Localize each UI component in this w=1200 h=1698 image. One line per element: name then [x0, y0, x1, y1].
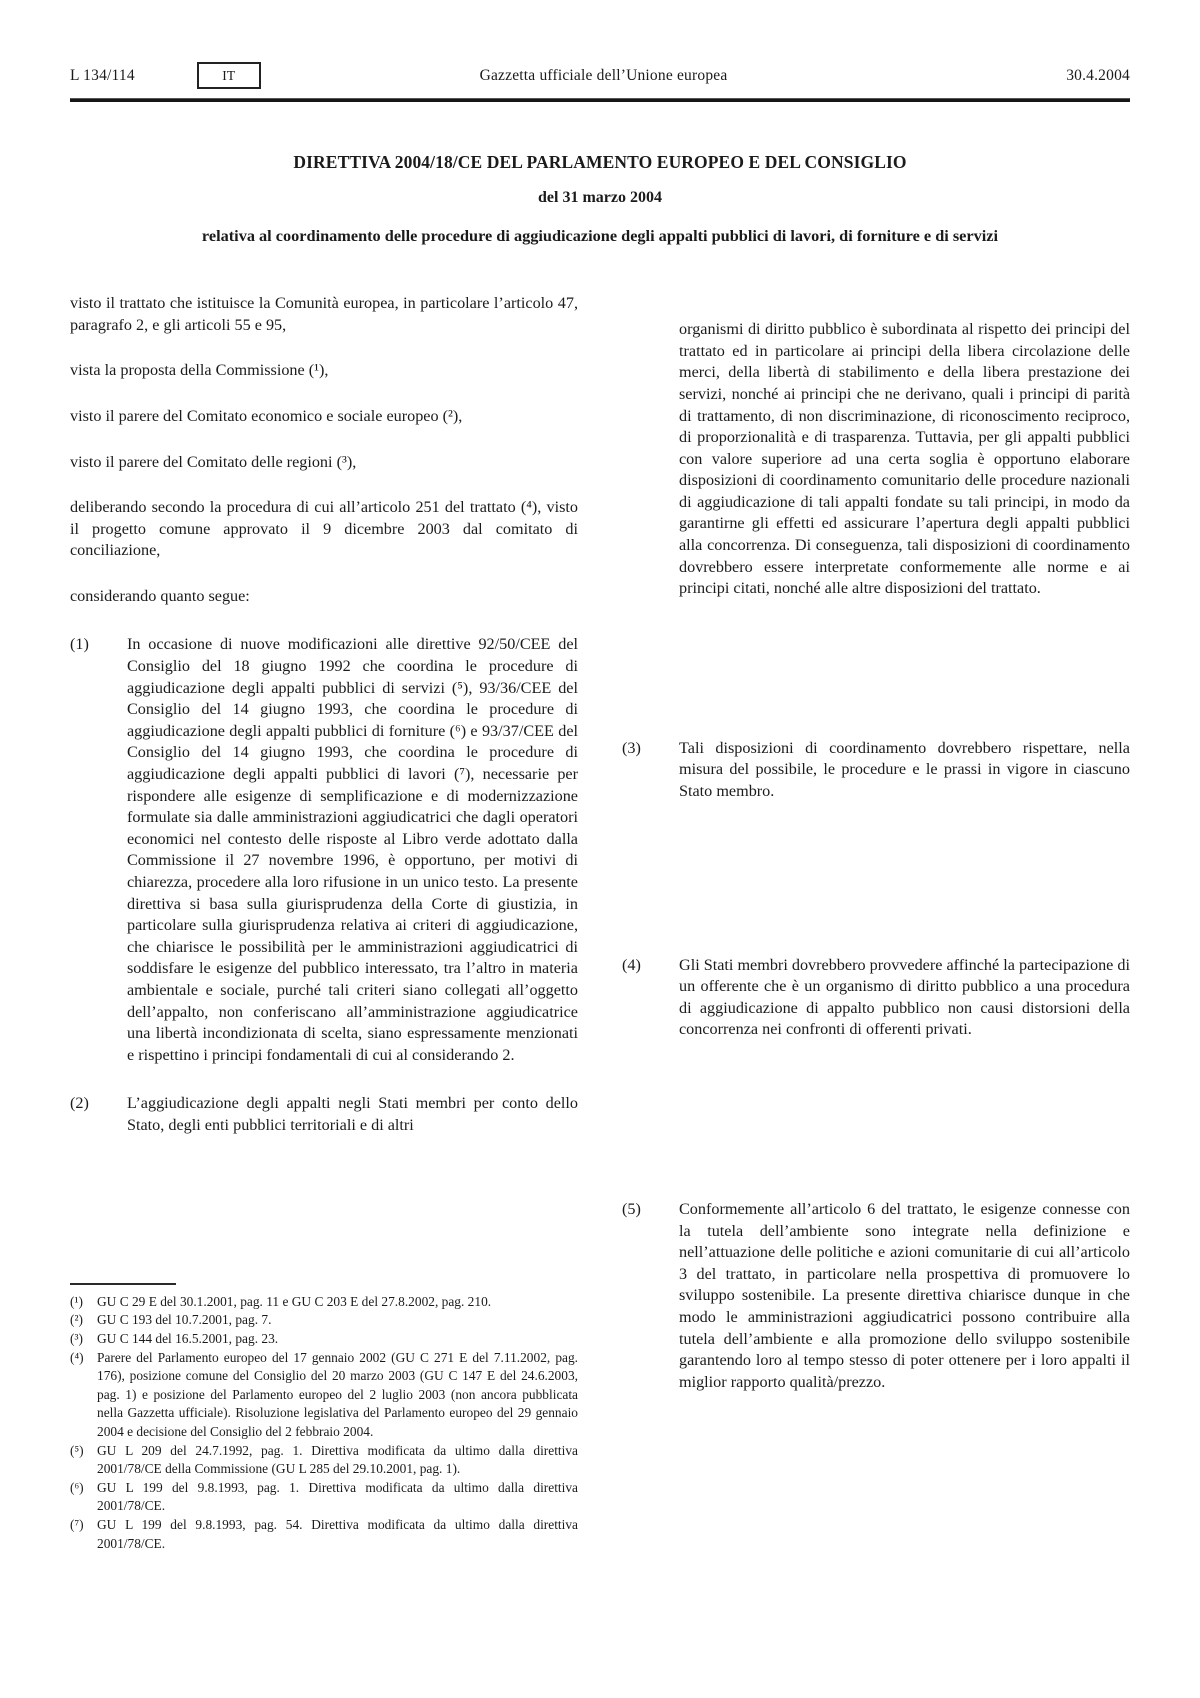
- footnote-text: Parere del Parlamento europeo del 17 gen…: [97, 1349, 578, 1442]
- preamble-paragraph: visto il parere del Comitato delle regio…: [70, 452, 578, 474]
- preamble-paragraph: visto il trattato che istituisce la Comu…: [70, 293, 578, 336]
- body-columns: visto il trattato che istituisce la Comu…: [70, 291, 1130, 1553]
- recital-number: (2): [70, 1093, 127, 1136]
- footnote-text: GU C 29 E del 30.1.2001, pag. 11 e GU C …: [97, 1293, 578, 1312]
- preamble-paragraph: considerando quanto segue:: [70, 586, 578, 608]
- footnote-marker: (⁴): [70, 1349, 97, 1442]
- journal-page: L 134/114 IT Gazzetta ufficiale dell’Uni…: [0, 0, 1200, 1698]
- footnote-marker: (⁶): [70, 1479, 97, 1516]
- footnote-text: GU C 144 del 16.5.2001, pag. 23.: [97, 1330, 578, 1349]
- footnote-text: GU L 209 del 24.7.1992, pag. 1. Direttiv…: [97, 1442, 578, 1479]
- preamble-paragraph: deliberando secondo la procedura di cui …: [70, 497, 578, 562]
- language-code: IT: [222, 68, 235, 84]
- page-header: L 134/114 IT Gazzetta ufficiale dell’Uni…: [70, 62, 1130, 89]
- footnote-item: (³) GU C 144 del 16.5.2001, pag. 23.: [70, 1330, 578, 1349]
- footnote-marker: (²): [70, 1311, 97, 1330]
- directive-subject: relativa al coordinamento delle procedur…: [148, 224, 1053, 247]
- recital-number: (5): [622, 1199, 679, 1393]
- recital-item-5: (5) Conformemente all’articolo 6 del tra…: [622, 1199, 1130, 1393]
- language-code-box: IT: [197, 62, 261, 89]
- footnote-item: (²) GU C 193 del 10.7.2001, pag. 7.: [70, 1311, 578, 1330]
- footnote-marker: (⁵): [70, 1442, 97, 1479]
- page-number: L 134/114: [70, 67, 135, 85]
- footnotes-block: (¹) GU C 29 E del 30.1.2001, pag. 11 e G…: [70, 1279, 578, 1553]
- footnote-item: (⁵) GU L 209 del 24.7.1992, pag. 1. Dire…: [70, 1442, 578, 1479]
- recital-number: (3): [622, 738, 679, 803]
- footnote-marker: (¹): [70, 1293, 97, 1312]
- recital-item-3: (3) Tali disposizioni di coordinamento d…: [622, 738, 1130, 803]
- footnote-text: GU L 199 del 9.8.1993, pag. 1. Direttiva…: [97, 1479, 578, 1516]
- footnote-marker: (⁷): [70, 1516, 97, 1553]
- journal-title: Gazzetta ufficiale dell’Unione europea: [261, 67, 1066, 85]
- footnote-item: (⁷) GU L 199 del 9.8.1993, pag. 54. Dire…: [70, 1516, 578, 1553]
- recital-text: In occasione di nuove modificazioni alle…: [127, 634, 578, 1066]
- recital-text: Conformemente all’articolo 6 del trattat…: [679, 1199, 1130, 1393]
- title-block: DIRETTIVA 2004/18/CE DEL PARLAMENTO EURO…: [70, 152, 1130, 247]
- preamble-paragraph: visto il parere del Comitato economico e…: [70, 406, 578, 428]
- recital-number: (4): [622, 955, 679, 1041]
- left-column: visto il trattato che istituisce la Comu…: [70, 291, 578, 1553]
- right-column: organismi di diritto pubblico è subordin…: [622, 291, 1130, 1553]
- footnote-item: (⁶) GU L 199 del 9.8.1993, pag. 1. Diret…: [70, 1479, 578, 1516]
- footnote-item: (⁴) Parere del Parlamento europeo del 17…: [70, 1349, 578, 1442]
- recital-text: Gli Stati membri dovrebbero provvedere a…: [679, 955, 1130, 1041]
- header-left-group: L 134/114 IT: [70, 62, 261, 89]
- recital-text: Tali disposizioni di coordinamento dovre…: [679, 738, 1130, 803]
- footnote-item: (¹) GU C 29 E del 30.1.2001, pag. 11 e G…: [70, 1293, 578, 1312]
- issue-date: 30.4.2004: [1066, 67, 1130, 85]
- footnote-text: GU L 199 del 9.8.1993, pag. 54. Direttiv…: [97, 1516, 578, 1553]
- recital-item-4: (4) Gli Stati membri dovrebbero provvede…: [622, 955, 1130, 1041]
- recital-number: (1): [70, 634, 127, 1066]
- footnote-marker: (³): [70, 1330, 97, 1349]
- recital-2-continuation: organismi di diritto pubblico è subordin…: [622, 319, 1130, 600]
- header-rule: [70, 98, 1130, 102]
- footnote-rule: [70, 1283, 176, 1285]
- recital-text: L’aggiudicazione degli appalti negli Sta…: [127, 1093, 578, 1136]
- footnote-text: GU C 193 del 10.7.2001, pag. 7.: [97, 1311, 578, 1330]
- directive-date: del 31 marzo 2004: [70, 189, 1130, 207]
- recital-item-2: (2) L’aggiudicazione degli appalti negli…: [70, 1093, 578, 1136]
- preamble-paragraph: vista la proposta della Commissione (¹),: [70, 360, 578, 382]
- directive-title: DIRETTIVA 2004/18/CE DEL PARLAMENTO EURO…: [70, 152, 1130, 173]
- recital-item-1: (1) In occasione di nuove modificazioni …: [70, 634, 578, 1066]
